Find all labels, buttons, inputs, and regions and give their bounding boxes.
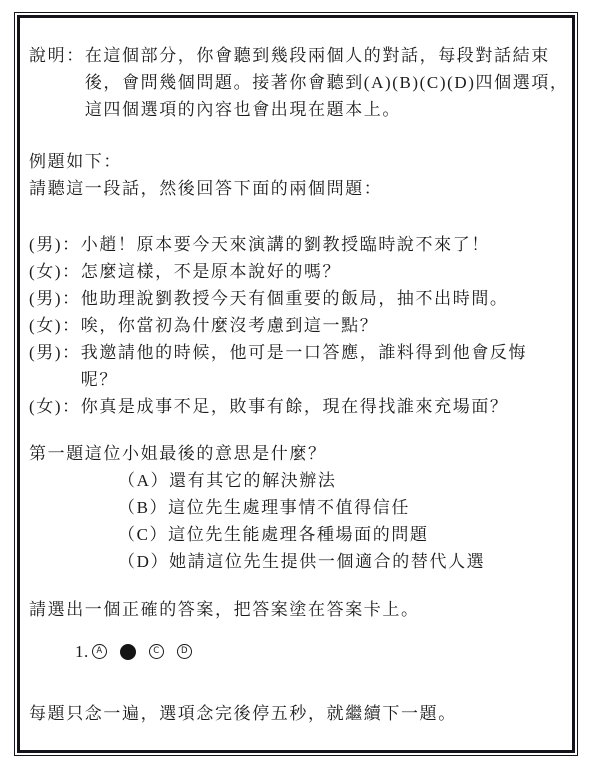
question: 第一題這位小姐最後的意思是什麼？ （A）還有其它的解決辦法 （B）這位先生處理事… <box>29 440 564 575</box>
instructions-line: 後，會問幾個問題。接著你會聽到(A)(B)(C)(D)四個選項， <box>85 69 569 96</box>
option-d: （D）她請這位先生提供一個適合的替代人選 <box>29 548 564 575</box>
dialogue-row: (女)： 你真是成事不足，敗事有餘，現在得找誰來充場面？ <box>29 393 564 420</box>
instructions-body: 在這個部分，你會聽到幾段兩個人的對話，每段對話結束 後，會問幾個問題。接著你會聽… <box>85 42 569 123</box>
option-b: （B）這位先生處理事情不值得信任 <box>29 494 564 521</box>
answer-bubble-a: A <box>92 644 107 659</box>
dialogue-row: (男)： 我邀請他的時候，他可是一口答應，誰料得到他會反悔 呢？ <box>29 339 564 393</box>
option-text: 還有其它的解決辦法 <box>169 471 336 490</box>
dialogue-row: (男)： 他助理說劉教授今天有個重要的飯局，抽不出時間。 <box>29 285 564 312</box>
speaker-label: (男)： <box>29 285 81 312</box>
dialogue-line: 你真是成事不足，敗事有餘，現在得找誰來充場面？ <box>81 393 564 420</box>
dialogue-line: 我邀請他的時候，他可是一口答應，誰料得到他會反悔 <box>81 339 564 366</box>
instructions-line: 在這個部分，你會聽到幾段兩個人的對話，每段對話結束 <box>85 42 569 69</box>
dialogue: (男)： 小趙！原本要今天來演講的劉教授臨時說不來了！ (女)： 怎麼這樣，不是… <box>29 231 564 420</box>
option-label: （C） <box>118 525 168 544</box>
question-stem: 第一題這位小姐最後的意思是什麼？ <box>29 440 564 467</box>
option-text: 這位先生能處理各種場面的問題 <box>168 525 428 544</box>
dialogue-line: 他助理說劉教授今天有個重要的飯局，抽不出時間。 <box>81 285 564 312</box>
page-border: 說明： 在這個部分，你會聽到幾段兩個人的對話，每段對話結束 後，會問幾個問題。接… <box>14 12 578 756</box>
dialogue-row: (女)： 怎麼這樣，不是原本說好的嗎？ <box>29 258 564 285</box>
option-text: 這位先生處理事情不值得信任 <box>168 498 410 517</box>
footer-note: 每題只念一遍，選項念完後停五秒，就繼續下一題。 <box>29 700 564 727</box>
dialogue-row: (男)： 小趙！原本要今天來演講的劉教授臨時說不來了！ <box>29 231 564 258</box>
option-label: （A） <box>118 471 169 490</box>
dialogue-line: 呢？ <box>81 366 564 393</box>
speaker-label: (男)： <box>29 231 81 258</box>
example-prompt: 請聽這一段話，然後回答下面的兩個問題： <box>29 175 564 202</box>
answer-bubble-b-filled: B <box>120 644 136 660</box>
option-c: （C）這位先生能處理各種場面的問題 <box>29 521 564 548</box>
dialogue-line: 唉，你當初為什麼沒考慮到這一點？ <box>81 312 564 339</box>
option-label: （D） <box>118 552 169 571</box>
dialogue-row: (女)： 唉，你當初為什麼沒考慮到這一點？ <box>29 312 564 339</box>
speaker-label: (女)： <box>29 393 81 420</box>
dialogue-line: 怎麼這樣，不是原本說好的嗎？ <box>81 258 564 285</box>
example-heading: 例題如下： <box>29 148 564 175</box>
answer-bubble-c: C <box>149 644 164 659</box>
option-a: （A）還有其它的解決辦法 <box>29 467 564 494</box>
speaker-label: (女)： <box>29 312 81 339</box>
dialogue-line: 小趙！原本要今天來演講的劉教授臨時說不來了！ <box>81 231 564 258</box>
speaker-label: (女)： <box>29 258 81 285</box>
instructions-line: 這四個選項的內容也會出現在題本上。 <box>85 96 569 123</box>
answer-instruction: 請選出一個正確的答案，把答案塗在答案卡上。 <box>29 596 564 623</box>
speaker-label: (男)： <box>29 339 81 366</box>
answer-row: 1. A B C D <box>29 638 564 665</box>
example-intro: 例題如下： 請聽這一段話，然後回答下面的兩個問題： <box>29 148 564 202</box>
answer-number: 1. <box>75 638 89 665</box>
option-label: （B） <box>118 498 168 517</box>
option-text: 她請這位先生提供一個適合的替代人選 <box>169 552 485 571</box>
instructions: 說明： 在這個部分，你會聽到幾段兩個人的對話，每段對話結束 後，會問幾個問題。接… <box>29 42 564 123</box>
instructions-label: 說明： <box>29 42 85 69</box>
page-content: 說明： 在這個部分，你會聽到幾段兩個人的對話，每段對話結束 後，會問幾個問題。接… <box>17 15 575 753</box>
answer-bubble-d: D <box>177 644 192 659</box>
